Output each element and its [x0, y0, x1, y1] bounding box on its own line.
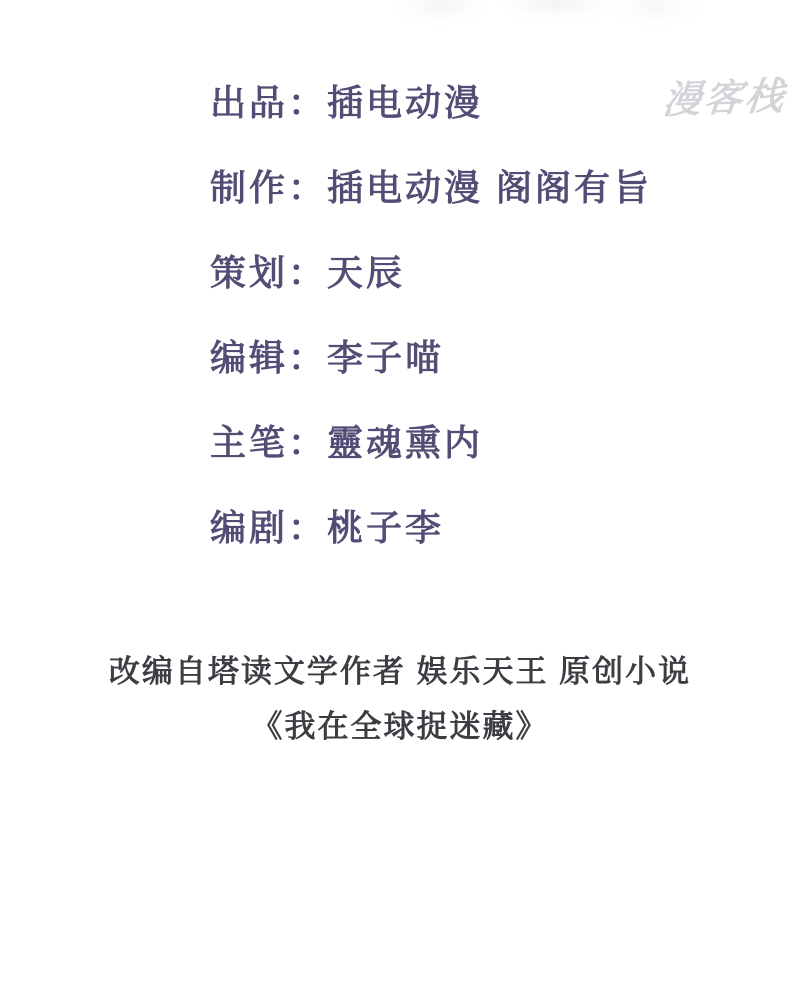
comic-credits-page: 漫客栈 出品：插电动漫 制作：插电动漫 阁阁有旨 策划：天辰 编辑：李子喵 主笔…	[0, 0, 800, 1000]
credits-block: 出品：插电动漫 制作：插电动漫 阁阁有旨 策划：天辰 编辑：李子喵 主笔：靈魂熏…	[210, 85, 652, 546]
adaptation-note-block: 改编自塔读文学作者 娱乐天王 原创小说 《我在全球捉迷藏》	[0, 655, 800, 743]
credit-line-screenwriter: 编剧：桃子李	[210, 510, 652, 546]
credit-line-producer: 出品：插电动漫	[210, 85, 652, 121]
scan-artifact-smudge	[375, 0, 705, 26]
adaptation-source-line: 改编自塔读文学作者 娱乐天王 原创小说	[109, 655, 691, 688]
mankezhan-watermark-logo: 漫客栈	[661, 78, 789, 120]
credit-line-planner: 策划：天辰	[210, 255, 652, 291]
credit-line-editor: 编辑：李子喵	[210, 340, 652, 376]
credit-line-production: 制作：插电动漫 阁阁有旨	[210, 170, 652, 206]
credit-line-lead-artist: 主笔：靈魂熏内	[210, 425, 652, 461]
novel-title-line: 《我在全球捉迷藏》	[252, 710, 549, 743]
